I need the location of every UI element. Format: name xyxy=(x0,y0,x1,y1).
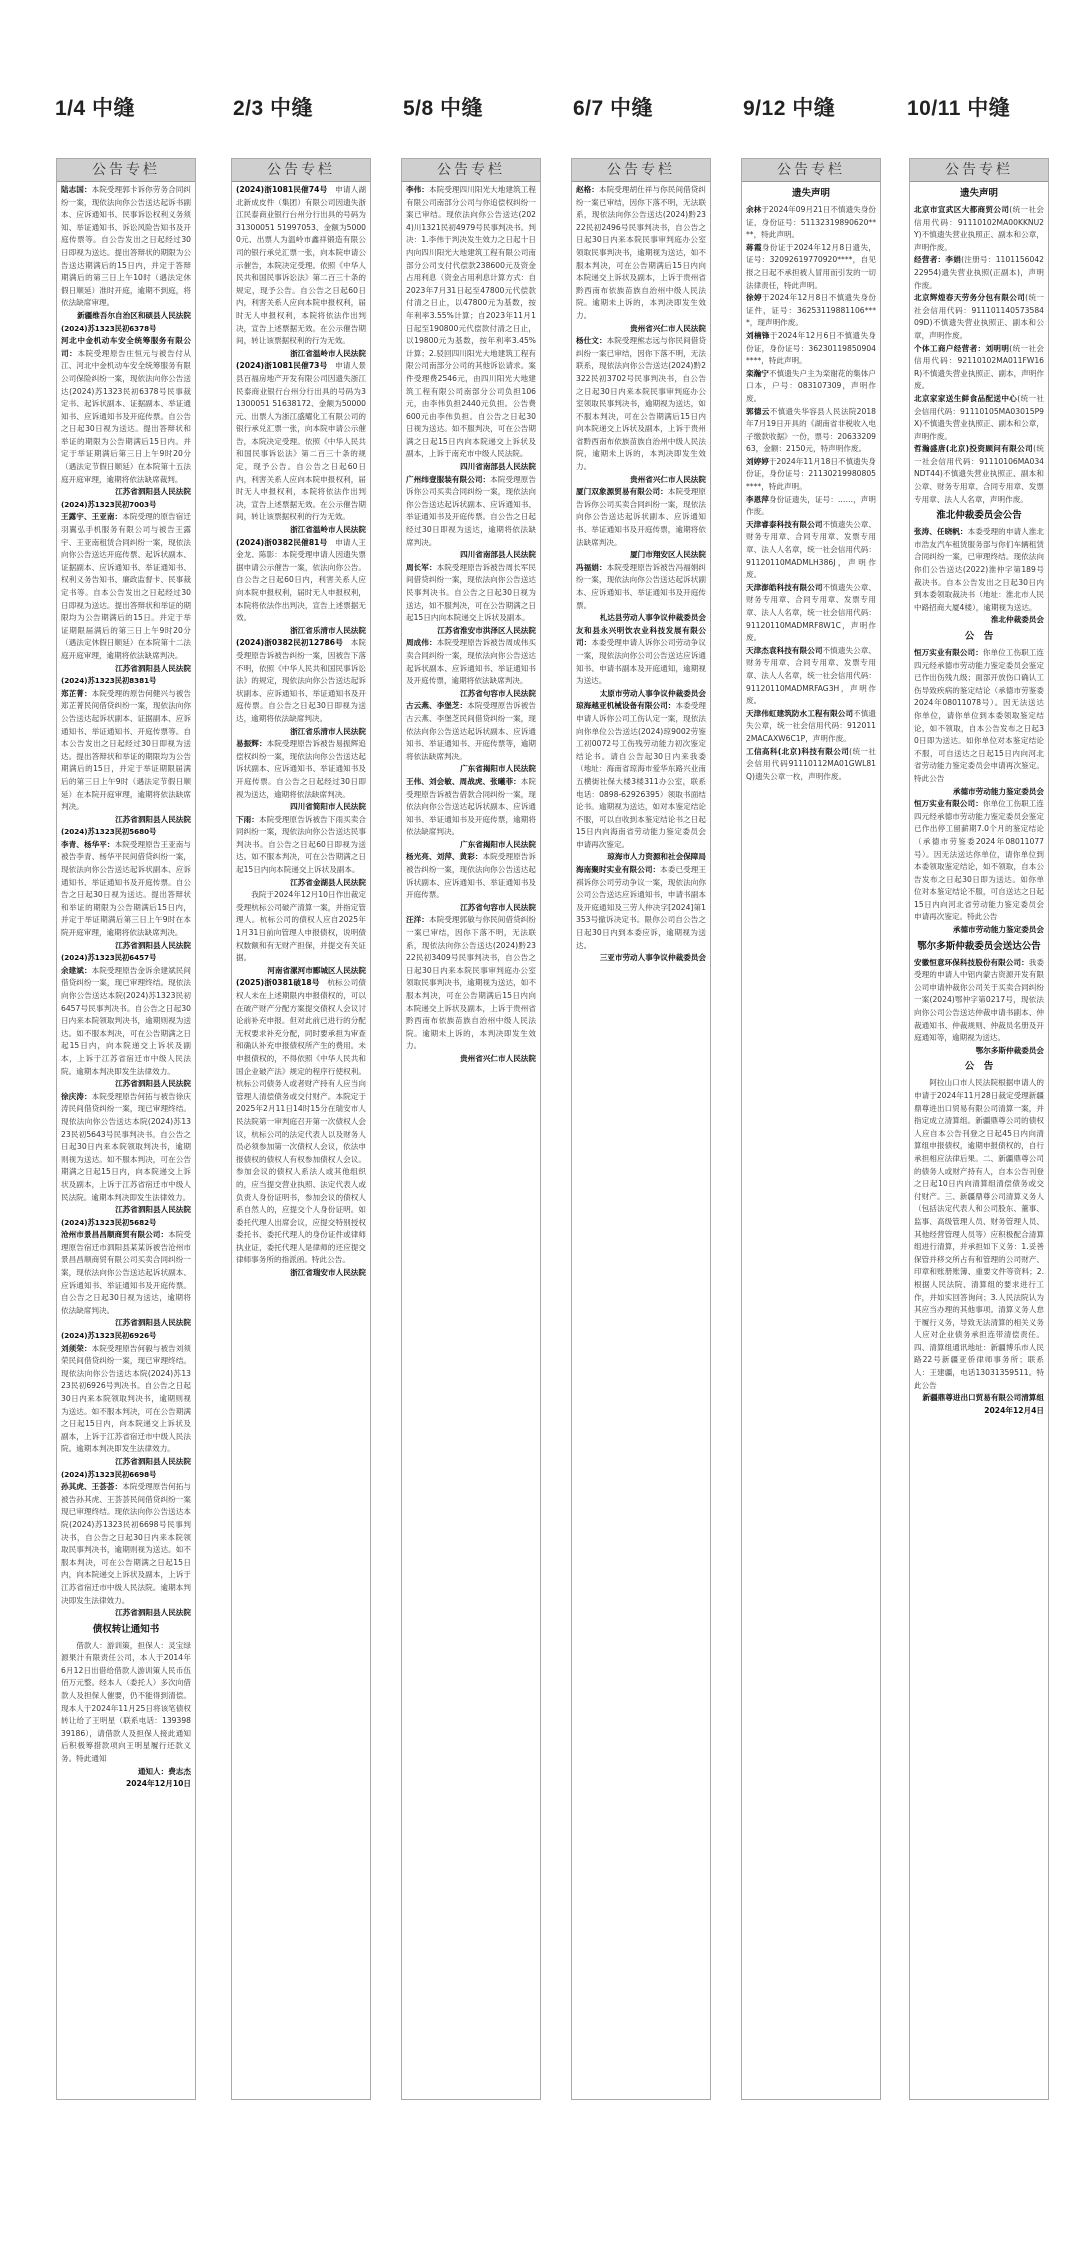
lost-item: 个体工商户经营者：刘明明(统一社会信用代码：92110102MA011FW16R… xyxy=(914,343,1044,393)
notice-signature: 厦门市翔安区人民法院 xyxy=(576,549,706,562)
panel-header: 公告专栏 xyxy=(402,159,540,182)
notice-text: 本委受理申请人诉你公司工伤认定一案，现依法向你单位公告送达(2024)琼9002… xyxy=(576,701,706,849)
notice: 广州纬壹服装有限公司：本院受理原告诉你公司买卖合同纠纷一案，现依法向你公告送达起… xyxy=(406,474,536,550)
lost-item-name: 北京辉煌春天劳务分包有限公司 xyxy=(914,293,1025,302)
lost-item-name: 刘婷婷 xyxy=(746,457,769,466)
lost-item: 余林于2024年09月21日不慎遗失身份证，身份证号：5113231989062… xyxy=(746,204,876,242)
notice-lead: 张涛、任晓帆： xyxy=(914,527,968,536)
case-number: (2024)苏1323民初6378号 xyxy=(61,323,191,336)
notice-signature: 浙江省温岭市人民法院 xyxy=(236,348,366,361)
notice: 古云燕、李堡芝：本院受理原告诉被告古云燕、李堡芝民间借贷纠纷一案，现依法向你公告… xyxy=(406,700,536,763)
lost-item-name: 哲瀚盛唐(北京)投资顾问有限公司 xyxy=(914,444,1033,453)
panel-body: 陆志国：本院受理郭卡诉你劳务合同纠纷一案，现依法向你公告送达起诉书副本、应诉通知… xyxy=(57,182,195,1795)
notice-signature: 四川省简阳市人民法院 xyxy=(236,801,366,814)
panel-header: 公告专栏 xyxy=(232,159,370,182)
notice-date: 2024年12月10日 xyxy=(61,1778,191,1791)
notice-text: 本院受理原告诉你公司买卖合同纠纷一案，现依法向你公告送达起诉状副本、应诉通知书、… xyxy=(406,475,536,547)
lost-item-name: 刘楠锋 xyxy=(746,331,770,340)
column-title-2: 2/3 中缝 xyxy=(233,92,313,122)
notice-text: 申请人湖北新成皮件（集团）有限公司因遗失浙江民泰商业银行台州分行出具的号码为31… xyxy=(236,185,366,345)
notice-signature: 四川省南部县人民法院 xyxy=(406,461,536,474)
notice: 李伟：本院受理四川阳光大地建筑工程有限公司南部分公司与你追偿权纠纷一案已审结。现… xyxy=(406,184,536,461)
notice-panel-2: 公告专栏 (2024)浙1081民催74号 申请人湖北新成皮件（集团）有限公司因… xyxy=(231,158,371,2100)
notice-signature: 浙江省乐清市人民法院 xyxy=(236,726,366,739)
notice: 孙其虎、王荟荟：本院受理原告何拓与被告孙其虎、王荟荟民间借贷纠纷一案现已审理终结… xyxy=(61,1481,191,1607)
panel-body: 遗失声明 北京市宣武区大都商贸公司(统一社会信用代码：91110102MA00K… xyxy=(910,182,1048,1421)
lost-item-name: 蒋霞 xyxy=(746,243,762,252)
notice-signature: 江苏省淮安市洪泽区人民法院 xyxy=(406,625,536,638)
panel-body: 李伟：本院受理四川阳光大地建筑工程有限公司南部分公司与你追偿权纠纷一案已审结。现… xyxy=(402,182,540,1070)
lost-item-text: 身份证于2024年12月8日遗失，证号：32092619770920****，自… xyxy=(746,243,876,290)
notice: (2024)浙1081民催74号 申请人湖北新成皮件（集团）有限公司因遗失浙江民… xyxy=(236,184,366,348)
lost-item-name: 天津杰袁科技有限公司 xyxy=(746,646,823,655)
notice: 冯福娟：本院受理原告诉被告冯福娟纠纷一案，现依法向你公告送达起诉状副本、应诉通知… xyxy=(576,562,706,612)
notice-text: 本院受理原告金诉余建斌民间借贷纠纷一案，现已审理终结。现依法向你公告送达本院(2… xyxy=(61,966,191,1076)
notice-lead: 李伟： xyxy=(406,185,429,194)
notice: 周成伟：本院受理原告诉被告周成伟买卖合同纠纷一案，现依法向你公告送达起诉状副本、… xyxy=(406,637,536,687)
lost-item: 刘婷婷于2024年11月18日不慎遗失身份证，身份证号：211302199808… xyxy=(746,456,876,494)
notice-text: 你单位工伤职工连四元经承德市劳动能力鉴定委员会鉴定已作出停工留薪期7.0个月的鉴… xyxy=(914,799,1044,921)
notice-text: 本院受理郭卡诉你劳务合同纠纷一案，现依法向你公告送达起诉书副本、应诉通知书、民事… xyxy=(61,185,191,307)
notice-signature: 广东省揭阳市人民法院 xyxy=(406,839,536,852)
lost-item: 天津澎皓科技有限公司不慎遗失公章、财务专用章、合同专用章、发票专用章、法人人名章… xyxy=(746,582,876,645)
notice-lead: (2024)浙1081民催73号 xyxy=(236,361,327,370)
notice-text: 申请人景县百福房地产开发有限公司因遗失浙江民泰商业银行台州分行出具的号码为313… xyxy=(236,361,366,521)
notice-text: 阿拉山口市人民法院根据申请人的申请于2024年11月28日裁定受理新疆鼎尊进出口… xyxy=(914,1078,1044,1389)
notice-lead: 恒万实业有限公司： xyxy=(914,648,983,657)
notice-signature: 承德市劳动能力鉴定委员会 xyxy=(914,786,1044,799)
lost-item-name: 徐婷 xyxy=(746,293,762,302)
notice: 徐庆涛：本院受理原告何拓与被告徐庆涛民间借贷纠纷一案，现已审理终结。现依法向你公… xyxy=(61,1091,191,1204)
lost-item: 天津睿泰科技有限公司不慎遗失公章、财务专用章、合同专用章、发票专用章、法人人名章… xyxy=(746,519,876,582)
lost-item-name: 个体工商户经营者：刘明明 xyxy=(914,344,1009,353)
notice-signature: 新疆维吾尔自治区和硕县人民法院 xyxy=(61,310,191,323)
notice: (2024)浙1081民催73号 申请人景县百福房地产开发有限公司因遗失浙江民泰… xyxy=(236,360,366,524)
notice-lead: 李青、杨华平： xyxy=(61,840,115,849)
notice-signature: 江苏省句容市人民法院 xyxy=(406,902,536,915)
notice: 陆志国：本院受理郭卡诉你劳务合同纠纷一案，现依法向你公告送达起诉书副本、应诉通知… xyxy=(61,184,191,310)
notice-signature: 江苏省泗阳县人民法院 xyxy=(61,1078,191,1091)
lost-item-name: 栾瀚宁 xyxy=(746,369,769,378)
notice: 王露宇、王亚南：本院受理的原告宿迁羽翼弘手机服务有限公司与被告王露宇、王亚南租赁… xyxy=(61,511,191,662)
lost-item: 工信高科(北京)科技有限公司(统一社会信用代码91110112MA01GWL81… xyxy=(746,746,876,784)
lost-item: 哲瀚盛唐(北京)投资顾问有限公司(统一社会信用代码：91110106MA034N… xyxy=(914,443,1044,506)
lost-item-name: 天津伟虹建筑防水工程有限公司 xyxy=(746,709,853,718)
notice-lead: 易振辉： xyxy=(236,739,267,748)
notice-lead: 王露宇、王亚南： xyxy=(61,512,122,521)
column-title-4: 6/7 中缝 xyxy=(573,92,653,122)
lost-item-name: 余林 xyxy=(746,205,761,214)
panel-body: 遗失声明 余林于2024年09月21日不慎遗失身份证，身份证号：51132319… xyxy=(742,182,880,787)
lost-item-text: 于2024年12月8日不慎遗失身份证件，证号：36253119881106***… xyxy=(746,293,876,327)
notice-text: 本院受理的原告宿迁羽翼弘手机服务有限公司与被告王露宇、王亚南租赁合同纠纷一案，现… xyxy=(61,512,191,660)
case-number: (2024)苏1323民初8381号 xyxy=(61,675,191,688)
notice: 友和县永兴明饮农业科技发展有限公司：本委受理申请人诉你公司劳动争议一案，现依法向… xyxy=(576,625,706,688)
notice-signature: 琼海市人力资源和社会保障局 xyxy=(576,851,706,864)
section-heading: 公 告 xyxy=(914,629,1044,645)
notice: (2024)浙0382民初12786号 本院受理原告诉被告纠纷一案，因被告下落不… xyxy=(236,637,366,725)
section-heading: 淮北仲裁委员会公告 xyxy=(914,508,1044,524)
notice: 张涛、任晓帆：本委受理的申请人淮北市浩友汽车租赁服务部与你们车辆租赁合同纠纷一案… xyxy=(914,526,1044,614)
notice-lead: 赵格： xyxy=(576,185,599,194)
notice-lead: 厦门双象源贸易有限公司： xyxy=(576,487,668,496)
notice-text: 本院受理原告诉被告纠纷一案，因被告下落不明，依照《中华人民共和国民事诉讼法》的规… xyxy=(236,638,366,723)
notice-date: 2024年12月4日 xyxy=(914,1405,1044,1418)
notice-lead: 沧州市景昌昌顺商贸有限公司： xyxy=(61,1230,168,1239)
notice: 杨光亮、刘萍、黄彩：本院受理原告诉被告纠纷一案，现依法向你公告送达起诉状副本、应… xyxy=(406,851,536,901)
lost-item-name: 天津睿泰科技有限公司 xyxy=(746,520,823,529)
notice-signature: 贵州省兴仁市人民法院 xyxy=(576,474,706,487)
notice-signature: 广东省揭阳市人民法院 xyxy=(406,763,536,776)
case-number: (2024)苏1323民初7003号 xyxy=(61,499,191,512)
notice-signature: 新疆鼎尊进出口贸易有限公司清算组 xyxy=(914,1392,1044,1405)
notice-signature: 承德市劳动能力鉴定委员会 xyxy=(914,924,1044,937)
notice-signature: 四川省南部县人民法院 xyxy=(406,549,536,562)
notice-lead: 孙其虎、王荟荟： xyxy=(61,1482,122,1491)
panel-body: (2024)浙1081民催74号 申请人湖北新成皮件（集团）有限公司因遗失浙江民… xyxy=(232,182,370,1284)
notice-signature: 淮北仲裁委员会 xyxy=(914,614,1044,627)
debt-transfer-heading: 债权转让通知书 xyxy=(61,1622,191,1638)
column-title-1: 1/4 中缝 xyxy=(55,92,135,122)
notice-text: 本院受理原告宿迁市泗阳县某某诉被告沧州市景昌昌顺商贸有限公司买卖合同纠纷一案，现… xyxy=(61,1230,191,1315)
lost-item-text: 于2024年09月21日不慎遗失身份证，身份证号：51132319890620*… xyxy=(746,205,876,239)
notice-text: 本院受理原告王亚南与被告李青、杨华平民间借贷纠纷一案，现依法向你公告送达起诉状副… xyxy=(61,840,191,937)
lost-item: 北京家家送生鲜食品配送中心(统一社会信用代码：91110105MA03015P9… xyxy=(914,393,1044,443)
notice-text: 本委受理申请人诉你公司劳动争议一案，现依法向你公司公告送达应诉通知书、申请书副本… xyxy=(576,638,706,685)
lost-item: 经营者：李娟(注册号：110115604222954)遗失营业执照(正副本)，声… xyxy=(914,254,1044,292)
notice-lead: 广州纬壹服装有限公司： xyxy=(406,475,490,484)
notice-lead: 周成伟： xyxy=(406,638,437,647)
notice-text: 本院受理原告何拓与被告徐庆涛民间借贷纠纷一案，现已审理终结。现依法向你公告送达本… xyxy=(61,1092,191,1202)
notice-lead: 郑芷菁： xyxy=(61,689,92,698)
lost-item: 刘楠锋于2024年12月6日不慎遗失身份证，身份证号：3623011985090… xyxy=(746,330,876,368)
notice-lead: 王伟、刘会敏、周战虎、张曦菲： xyxy=(406,777,521,786)
lost-item-name: 工信高科(北京)科技有限公司 xyxy=(746,747,849,756)
notice: 厦门双象源贸易有限公司：本院受理原告诉你公司买卖合同纠纷一案，现依法向你公告送达… xyxy=(576,486,706,549)
notice-text: 本院受理的原告何健兴与被告郑芷菁民间借贷纠纷一案，现依法向你公告送达起诉状副本、… xyxy=(61,689,191,811)
notice-signature: 江苏省句容市人民法院 xyxy=(406,688,536,701)
case-number: (2024)苏1323民初6926号 xyxy=(61,1330,191,1343)
notice: (2024)浙0382民催81号 申请人王金龙、陈影：本院受理申请人因遗失票据申… xyxy=(236,537,366,625)
notice-text: 本院受理熊志远与你民间借贷纠纷一案已审结，因你下落不明，无法联系，现依法向你公告… xyxy=(576,336,706,471)
lost-item-name: 北京家家送生鲜食品配送中心 xyxy=(914,394,1017,403)
notice: 我院于2024年12月10日作出裁定受理杭标公司破产清算一案，并指定管理人。杭标… xyxy=(236,889,366,965)
lost-item: 北京辉煌春天劳务分包有限公司(统一社会信用代码：9111011405735840… xyxy=(914,292,1044,342)
notice-signature: 贵州省兴仁市人民法院 xyxy=(406,1053,536,1066)
notice-signature: 江苏省泗阳县人民法院 xyxy=(61,940,191,953)
lost-item: 天津杰袁科技有限公司不慎遗失公章、财务专用章、合同专用章、发票专用章、法人人名章… xyxy=(746,645,876,708)
notice-lead: (2024)浙1081民催74号 xyxy=(236,185,327,194)
notifier-signature: 通知人：费志杰 xyxy=(61,1766,191,1779)
notice-lead: 周长军： xyxy=(406,563,437,572)
debt-transfer-body: 借款人：游训策，担保人：灵宝绿源果汁有限责任公司，本人于2014年6月12日出借… xyxy=(61,1640,191,1766)
notice-panel-4: 公告专栏 赵格：本院受理胡仕祥与你民间借贷纠纷一案已审结，因你下落不明，无法联系… xyxy=(571,158,711,2100)
notice-signature: 札达县劳动人事争议仲裁委员会 xyxy=(576,612,706,625)
panel-body: 赵格：本院受理胡仕祥与你民间借贷纠纷一案已审结，因你下落不明，无法联系，现依法向… xyxy=(572,182,710,969)
notice-signature: 鄂尔多斯仲裁委员会 xyxy=(914,1045,1044,1058)
notice-lead: (2024)浙0382民催81号 xyxy=(236,538,327,547)
notice: 琼海越亚机械设备有限公司：本委受理申请人诉你公司工伤认定一案，现依法向你单位公告… xyxy=(576,700,706,851)
notice-lead: 安徽恒意环保科技股份有限公司： xyxy=(914,958,1029,967)
notice: 河北中金机动车安全统筹服务有限公司：本院受理原告庄恒元与被告付从江、河北中金机动… xyxy=(61,335,191,486)
notice-signature: 江苏省泗阳县人民法院 xyxy=(61,1607,191,1620)
notice-text: 我委受理的申请人中铝内蒙古资源开发有限公司申请仲裁你公司关于买卖合同纠纷一案(2… xyxy=(914,958,1044,1043)
notice-signature: 浙江省乐清市人民法院 xyxy=(236,625,366,638)
notice: 沧州市景昌昌顺商贸有限公司：本院受理原告宿迁市泗阳县某某诉被告沧州市景昌昌顺商贸… xyxy=(61,1229,191,1317)
notice: 安徽恒意环保科技股份有限公司：我委受理的申请人中铝内蒙古资源开发有限公司申请仲裁… xyxy=(914,957,1044,1045)
lost-notice-heading: 遗失声明 xyxy=(914,186,1044,202)
notice-signature: 贵州省兴仁市人民法院 xyxy=(576,323,706,336)
notice-lead: 杨光亮、刘萍、黄彩： xyxy=(406,852,483,861)
lost-item: 李恩萍身份证遗失，证号：……，声明作废。 xyxy=(746,494,876,519)
panel-header: 公告专栏 xyxy=(572,159,710,182)
notice-lead: (2025)浙0381破18号 xyxy=(236,978,320,987)
notice: 下雨：本院受理原告诉被告下雨买卖合同纠纷一案，现依法向你公告送达民事判决书。自公… xyxy=(236,814,366,877)
notice-text: 本院受理原告何毅与被告刘须荣民间借贷纠纷一案，现已审理终结。现依法向你公告送达本… xyxy=(61,1344,191,1454)
notice-lead: 杨仕文： xyxy=(576,336,607,345)
notice-lead: 恒万实业有限公司： xyxy=(914,799,983,808)
notice: (2025)浙0381破18号 杭标公司债权人未在上述期限内申报债权的，可以在破… xyxy=(236,977,366,1267)
notice-panel-5: 公告专栏 遗失声明 余林于2024年09月21日不慎遗失身份证，身份证号：511… xyxy=(741,158,881,2100)
notice-signature: 江苏省泗阳县人民法院 xyxy=(61,814,191,827)
notice-text: 本院受理原告庄恒元与被告付从江、河北中金机动车安全统筹服务有限公司保险纠纷一案，… xyxy=(61,349,191,484)
notice: 杨仕文：本院受理熊志远与你民间借贷纠纷一案已审结，因你下落不明，无法联系，现依法… xyxy=(576,335,706,474)
lost-notice-heading: 遗失声明 xyxy=(746,186,876,202)
notice-signature: 太原市劳动人事争议仲裁委员会 xyxy=(576,688,706,701)
lost-item: 天津伟虹建筑防水工程有限公司不慎遗失公章，统一社会信用代码：9120112MAC… xyxy=(746,708,876,746)
lost-item: 蒋霞身份证于2024年12月8日遗失，证号：32092619770920****… xyxy=(746,242,876,292)
panel-header: 公告专栏 xyxy=(910,159,1048,182)
notice-panel-6: 公告专栏 遗失声明 北京市宣武区大都商贸公司(统一社会信用代码：91110102… xyxy=(909,158,1049,2100)
notice-signature: 江苏省泗阳县人民法院 xyxy=(61,1204,191,1217)
notice: 李青、杨华平：本院受理原告王亚南与被告李青、杨华平民间借贷纠纷一案，现依法向你公… xyxy=(61,839,191,940)
notice: 郑芷菁：本院受理的原告何健兴与被告郑芷菁民间借贷纠纷一案，现依法向你公告送达起诉… xyxy=(61,688,191,814)
column-title-5: 9/12 中缝 xyxy=(743,92,835,122)
notice: 恒万实业有限公司：你单位工伤职工连四元经承德市劳动能力鉴定委员会鉴定已作出伤残九… xyxy=(914,647,1044,786)
notice: 海南聚时实业有限公司：本委已受理王祺诉你公司劳动争议一案，现依法向你公司公告送达… xyxy=(576,864,706,952)
notice-signature: 江苏省泗阳县人民法院 xyxy=(61,1456,191,1469)
case-number: (2024)苏1323民初5680号 xyxy=(61,826,191,839)
notice-text: 申请人王金龙、陈影：本院受理申请人因遗失票据申请公示催告一案，依法向你公告。自公… xyxy=(236,538,366,623)
section-heading: 鄂尔多斯仲裁委员会送达公告 xyxy=(914,939,1044,955)
notice-signature: 三亚市劳动人事争议仲裁委员会 xyxy=(576,952,706,965)
notice-signature: 江苏省泗阳县人民法院 xyxy=(61,663,191,676)
notice-text: 本院受理四川阳光大地建筑工程有限公司南部分公司与你追偿权纠纷一案已审结。现依法向… xyxy=(406,185,536,458)
notice-lead: 汪洋： xyxy=(406,915,429,924)
lost-item-name: 北京市宣武区大都商贸公司 xyxy=(914,205,1009,214)
case-number: (2024)苏1323民初6698号 xyxy=(61,1469,191,1482)
case-number: (2024)苏1323民初5682号 xyxy=(61,1217,191,1230)
lost-item-name: 经营者：李娟 xyxy=(914,255,961,264)
notice: 王伟、刘会敏、周战虎、张曦菲：本院受理原告诉被告借款合同纠纷一案，现依法向你公告… xyxy=(406,776,536,839)
notice-lead: 余建斌： xyxy=(61,966,92,975)
notice-panel-3: 公告专栏 李伟：本院受理四川阳光大地建筑工程有限公司南部分公司与你追偿权纠纷一案… xyxy=(401,158,541,2100)
notice-text: 本院受理胡仕祥与你民间借贷纠纷一案已审结，因你下落不明，无法联系，现依法向你公告… xyxy=(576,185,706,320)
notice: 阿拉山口市人民法院根据申请人的申请于2024年11月28日裁定受理新疆鼎尊进出口… xyxy=(914,1077,1044,1392)
notice-text: 杭标公司债权人未在上述期限内申报债权的，可以在破产财产分配方案提交债权人会议讨论… xyxy=(236,978,366,1264)
notice-signature: 河南省漯河市郾城区人民法院 xyxy=(236,965,366,978)
panel-header: 公告专栏 xyxy=(742,159,880,182)
notice-text: 你单位工伤职工连四元经承德市劳动能力鉴定委员会鉴定已作出伤残九级；面部开放伤口确… xyxy=(914,648,1044,783)
notice: 周长军：本院受理原告诉被告周长军民间借贷纠纷一案，现依法向你公告送达民事判决书。… xyxy=(406,562,536,625)
notice-panel-1: 公告专栏 陆志国：本院受理郭卡诉你劳务合同纠纷一案，现依法向你公告送达起诉书副本… xyxy=(56,158,196,2100)
notice-lead: 冯福娟： xyxy=(576,563,607,572)
notice: 刘须荣：本院受理原告何毅与被告刘须荣民间借贷纠纷一案，现已审理终结。现依法向你公… xyxy=(61,1343,191,1456)
notice: 余建斌：本院受理原告金诉余建斌民间借贷纠纷一案，现已审理终结。现依法向你公告送达… xyxy=(61,965,191,1078)
notice-lead: 古云燕、李堡芝： xyxy=(406,701,467,710)
lost-item: 郭德云不慎遗失华容县人民法院2018年7月19日开具的《湖南省非税收入电子缴款收… xyxy=(746,406,876,456)
notice-lead: (2024)浙0382民初12786号 xyxy=(236,638,343,647)
notice-text: 本委已受理王祺诉你公司劳动争议一案，现依法向你公司公告送达应诉通知书，申请书副本… xyxy=(576,865,706,950)
case-number: (2024)苏1323民初6457号 xyxy=(61,952,191,965)
lost-item-name: 李恩萍 xyxy=(746,495,769,504)
notice-text: 本院受理原告何拓与被告孙其虎、王荟荟民间借贷纠纷一案现已审理终结。现依法向你公告… xyxy=(61,1482,191,1604)
lost-item-name: 天津澎皓科技有限公司 xyxy=(746,583,823,592)
notice-signature: 江苏省泗阳县人民法院 xyxy=(61,1317,191,1330)
column-title-3: 5/8 中缝 xyxy=(403,92,483,122)
notice-text: 本委受理的申请人淮北市浩友汽车租赁服务部与你们车辆租赁合同纠纷一案，已审理终结。… xyxy=(914,527,1044,612)
notice: 汪洋：本院受理郭敏与你民间借贷纠纷一案已审结，因你下落不明，无法联系，现依法向你… xyxy=(406,914,536,1053)
notice-lead: 海南聚时实业有限公司： xyxy=(576,865,660,874)
notice-lead: 琼海越亚机械设备有限公司： xyxy=(576,701,675,710)
lost-item-name: 郭德云 xyxy=(746,407,770,416)
notice-signature: 浙江省温岭市人民法院 xyxy=(236,524,366,537)
notice: 易振辉：本院受理原告诉被告易振辉追偿权纠纷一案，现依法向你公告送达起诉状副本、应… xyxy=(236,738,366,801)
section-heading: 公 告 xyxy=(914,1059,1044,1075)
notice-signature: 江苏省金湖县人民法院 xyxy=(236,877,366,890)
notice-text: 本院受理郭敏与你民间借贷纠纷一案已审结，因你下落不明，无法联系，现依法向你公告送… xyxy=(406,915,536,1050)
lost-item: 栾瀚宁不慎遗失户主为栾谢花的集体户口本，户号：083107309，声明作废。 xyxy=(746,368,876,406)
notice-lead: 徐庆涛： xyxy=(61,1092,92,1101)
notice-lead: 刘须荣： xyxy=(61,1344,92,1353)
column-title-6: 10/11 中缝 xyxy=(907,92,1010,122)
notice: 赵格：本院受理胡仕祥与你民间借贷纠纷一案已审结，因你下落不明，无法联系，现依法向… xyxy=(576,184,706,323)
notice-signature: 江苏省泗阳县人民法院 xyxy=(61,486,191,499)
notice: 恒万实业有限公司：你单位工伤职工连四元经承德市劳动能力鉴定委员会鉴定已作出停工留… xyxy=(914,798,1044,924)
lost-item: 徐婷于2024年12月8日不慎遗失身份证件，证号：36253119881106*… xyxy=(746,292,876,330)
notice-lead: 下雨： xyxy=(236,815,259,824)
notice-text: 我院于2024年12月10日作出裁定受理杭标公司破产清算一案，并指定管理人。杭标… xyxy=(236,890,366,962)
notice-lead: 陆志国： xyxy=(61,185,92,194)
panel-header: 公告专栏 xyxy=(57,159,195,182)
notice-signature: 浙江省瑞安市人民法院 xyxy=(236,1267,366,1280)
lost-item: 北京市宣武区大都商贸公司(统一社会信用代码：91110102MA00KKNU2Y… xyxy=(914,204,1044,254)
